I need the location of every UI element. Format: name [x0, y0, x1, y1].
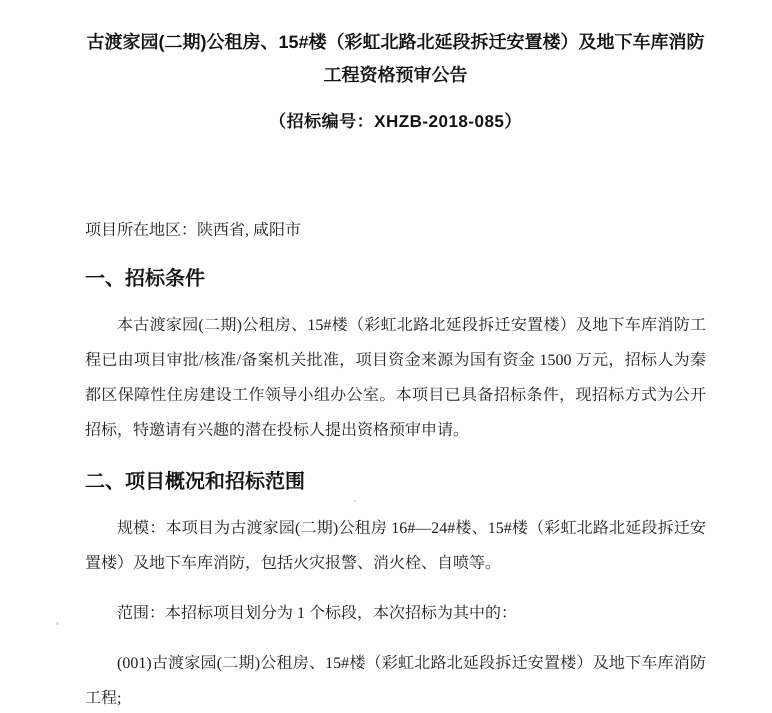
scale-paragraph: 规模：本项目为古渡家园(二期)公租房 16#—24#楼、15#楼（彩虹北路北延段…: [85, 511, 706, 581]
project-location-value: 陕西省, 咸阳市: [197, 222, 301, 239]
document-page: 古渡家园(二期)公租房、15#楼（彩虹北路北延段拆迁安置楼）及地下车库消防 工程…: [0, 0, 772, 713]
document-title: 古渡家园(二期)公租房、15#楼（彩虹北路北延段拆迁安置楼）及地下车库消防 工程…: [85, 26, 706, 92]
section1-paragraph: 本古渡家园(二期)公租房、15#楼（彩虹北路北延段拆迁安置楼）及地下车库消防工程…: [85, 308, 706, 448]
lot-paragraph: (001)古渡家园(二期)公租房、15#楼（彩虹北路北延段拆迁安置楼）及地下车库…: [85, 646, 706, 713]
project-location-line: 项目所在地区：陕西省, 咸阳市: [85, 219, 706, 243]
title-line-2: 工程资格预审公告: [85, 59, 706, 92]
scan-artifact-dot: [56, 622, 59, 625]
title-line-1: 古渡家园(二期)公租房、15#楼（彩虹北路北延段拆迁安置楼）及地下车库消防: [85, 26, 706, 59]
scan-artifact-dot: [353, 500, 357, 502]
section2-heading: 二、项目概况和招标范围: [85, 468, 706, 496]
project-location-label: 项目所在地区：: [85, 222, 197, 239]
scope-paragraph: 范围：本招标项目划分为 1 个标段，本次招标为其中的：: [85, 596, 706, 631]
section1-heading: 一、招标条件: [85, 265, 706, 293]
tender-number-line: （招标编号：XHZB-2018-085）: [85, 107, 706, 137]
